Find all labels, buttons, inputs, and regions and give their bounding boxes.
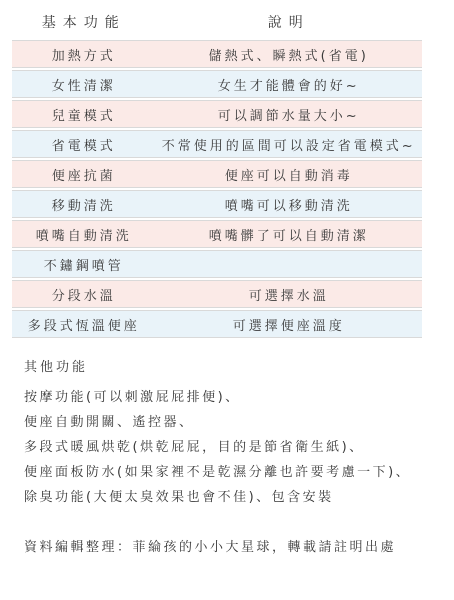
table-row: 多段式恆溫便座 可選擇便座溫度 — [12, 310, 422, 338]
description-cell: 可以調節水量大小~ — [156, 105, 423, 124]
table-row: 不鏽鋼噴管 — [12, 250, 422, 278]
other-feature-line: 多段式暖風烘乾(烘乾屁屁，目的是節省衛生紙)、 — [24, 435, 444, 460]
other-features-heading: 其他功能 — [24, 356, 444, 375]
other-feature-line: 按摩功能(可以刺激屁屁排便)、 — [24, 385, 444, 410]
feature-cell: 加熱方式 — [12, 45, 156, 64]
description-cell: 可選擇便座溫度 — [156, 315, 423, 334]
other-feature-line: 除臭功能(大便太臭效果也會不佳)、包含安裝 — [24, 485, 444, 510]
feature-cell: 兒童模式 — [12, 105, 156, 124]
table-row: 加熱方式 儲熱式、瞬熱式(省電) — [12, 40, 422, 68]
description-cell: 噴嘴髒了可以自動清潔 — [156, 225, 423, 244]
table-row: 省電模式 不常使用的區間可以設定省電模式~ — [12, 130, 422, 158]
header-feature-column: 基本功能 — [12, 12, 156, 32]
table-row: 兒童模式 可以調節水量大小~ — [12, 100, 422, 128]
feature-cell: 移動清洗 — [12, 195, 156, 214]
feature-cell: 女性清潔 — [12, 75, 156, 94]
other-features-section: 其他功能 按摩功能(可以刺激屁屁排便)、 便座自動開關、遙控器、 多段式暖風烘乾… — [24, 356, 444, 510]
feature-spec-table: 基本功能 說明 加熱方式 儲熱式、瞬熱式(省電) 女性清潔 女生才能體會的好~ … — [12, 6, 422, 338]
description-cell: 儲熱式、瞬熱式(省電) — [156, 45, 423, 64]
description-cell: 可選擇水溫 — [156, 285, 423, 304]
feature-cell: 多段式恆溫便座 — [12, 315, 156, 334]
header-description-column: 說明 — [156, 12, 423, 32]
other-feature-line: 便座自動開關、遙控器、 — [24, 410, 444, 435]
feature-cell: 噴嘴自動清洗 — [12, 225, 156, 244]
table-header-row: 基本功能 說明 — [12, 6, 422, 38]
table-row: 分段水溫 可選擇水溫 — [12, 280, 422, 308]
table-row: 女性清潔 女生才能體會的好~ — [12, 70, 422, 98]
description-cell: 便座可以自動消毒 — [156, 165, 423, 184]
description-cell: 噴嘴可以移動清洗 — [156, 195, 423, 214]
table-body: 加熱方式 儲熱式、瞬熱式(省電) 女性清潔 女生才能體會的好~ 兒童模式 可以調… — [12, 40, 422, 338]
other-feature-line: 便座面板防水(如果家裡不是乾濕分離也許要考慮一下)、 — [24, 460, 444, 485]
feature-cell: 不鏽鋼噴管 — [12, 255, 156, 274]
table-row: 移動清洗 噴嘴可以移動清洗 — [12, 190, 422, 218]
credit-attribution: 資料編輯整理：菲綸孩的小小大星球，轉載請註明出處 — [24, 536, 444, 555]
feature-cell: 便座抗菌 — [12, 165, 156, 184]
description-cell: 不常使用的區間可以設定省電模式~ — [156, 135, 423, 154]
table-row: 噴嘴自動清洗 噴嘴髒了可以自動清潔 — [12, 220, 422, 248]
table-row: 便座抗菌 便座可以自動消毒 — [12, 160, 422, 188]
feature-cell: 省電模式 — [12, 135, 156, 154]
description-cell: 女生才能體會的好~ — [156, 75, 423, 94]
feature-cell: 分段水溫 — [12, 285, 156, 304]
